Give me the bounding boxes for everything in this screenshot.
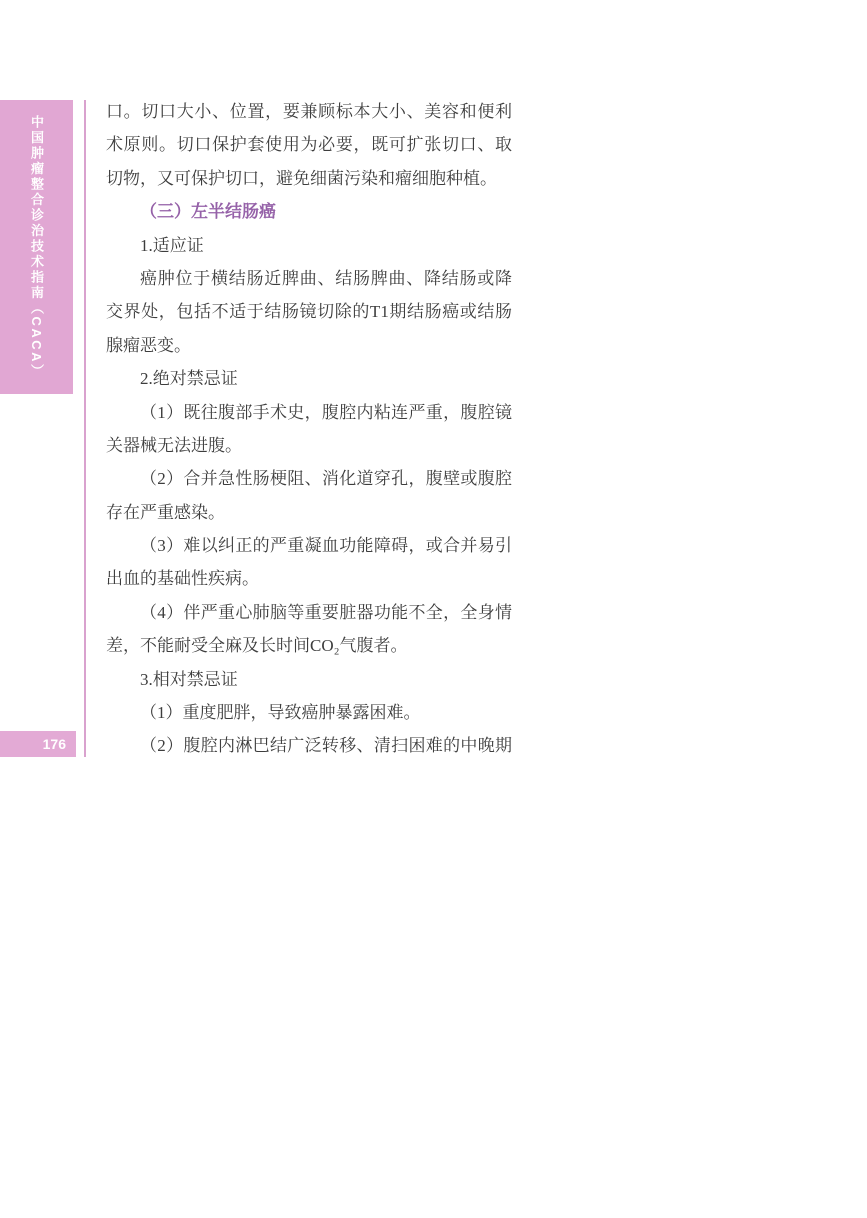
text-column: 口。切口大小、位置，要兼顾标本大小、美容和便利手术原则。切口保护套使用为必要，既… <box>106 95 512 763</box>
content-line: （1）既往腹部手术史，腹腔内粘连严重，腹腔镜相 <box>106 396 512 429</box>
content-line: 2.绝对禁忌证 <box>106 362 512 395</box>
page-number-badge: 176 <box>0 731 76 757</box>
content-line: （1）重度肥胖，导致癌肿暴露困难。 <box>106 696 512 729</box>
content-line: 1.适应证 <box>106 229 512 262</box>
sidebar-title: 中国肿瘤整合诊治技术指南（CACA） <box>27 115 46 380</box>
content-line: 出血的基础性疾病。 <box>106 562 512 595</box>
content-line: 存在严重感染。 <box>106 496 512 529</box>
content-line: （2）腹腔内淋巴结广泛转移、清扫困难的中晚期结 <box>106 729 512 762</box>
content-line: （4）伴严重心肺脑等重要脏器功能不全，全身情况 <box>106 596 512 629</box>
content-line: 术原则。切口保护套使用为必要，既可扩张切口、取出 <box>106 128 512 161</box>
content-line: 3.相对禁忌证 <box>106 663 512 696</box>
content-line: （2）合并急性肠梗阻、消化道穿孔，腹壁或腹腔内 <box>106 462 512 495</box>
content-line: 癌肿位于横结肠近脾曲、结肠脾曲、降结肠或降乙 <box>106 262 512 295</box>
content-line: 腺瘤恶变。 <box>106 329 512 362</box>
sidebar-banner: 中国肿瘤整合诊治技术指南（CACA） <box>0 100 73 394</box>
content-line: 差，不能耐受全麻及长时间CO₂气腹者。 <box>106 629 512 662</box>
book-page: 中国肿瘤整合诊治技术指南（CACA） 176 口。切口大小、位置，要兼顾标本大小… <box>0 0 867 1218</box>
content-line: 关器械无法进腹。 <box>106 429 512 462</box>
content-line: （3）难以纠正的严重凝血功能障碍，或合并易引发 <box>106 529 512 562</box>
content-line: 切物，又可保护切口，避免细菌污染和瘤细胞种植。 <box>106 162 512 195</box>
vertical-rule <box>84 100 86 757</box>
content-line: 口。切口大小、位置，要兼顾标本大小、美容和便利手 <box>106 95 512 128</box>
content-line: 交界处，包括不适于结肠镜切除的T1期结肠癌或结肠 <box>106 295 512 328</box>
section-heading: （三）左半结肠癌 <box>106 195 512 228</box>
